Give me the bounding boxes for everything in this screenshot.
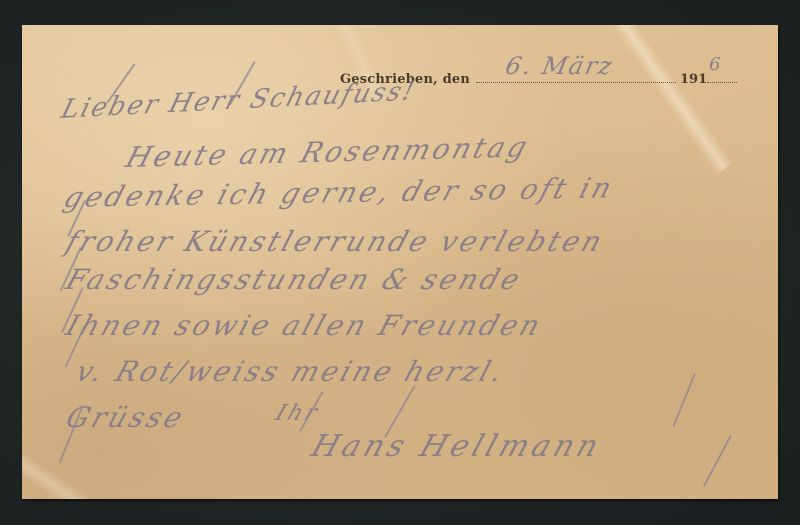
handwritten-message: Lieber Herr Schaufuss! Heute am Rosenmon…: [22, 25, 778, 499]
signature: Hans Hellmann: [307, 429, 607, 464]
pencil-stroke: [703, 435, 732, 487]
message-line: Heute am Rosenmontag: [122, 130, 534, 174]
message-line: froher Künstlerrunde verlebten: [62, 225, 609, 258]
message-line: v. Rot/weiss meine herzl.: [72, 355, 510, 388]
message-line: Ihnen sowie allen Freunden: [62, 309, 547, 342]
scan-background: Geschrieben, den 6. März 191 6 Lieber He…: [0, 0, 800, 525]
postcard: Geschrieben, den 6. März 191 6 Lieber He…: [22, 25, 778, 499]
message-line-salutation: Lieber Herr Schaufuss!: [58, 76, 419, 125]
message-line: Faschingsstunden & sende: [62, 263, 527, 296]
message-line: gedenke ich gerne, der so oft in: [60, 171, 619, 214]
pencil-stroke: [672, 373, 695, 427]
